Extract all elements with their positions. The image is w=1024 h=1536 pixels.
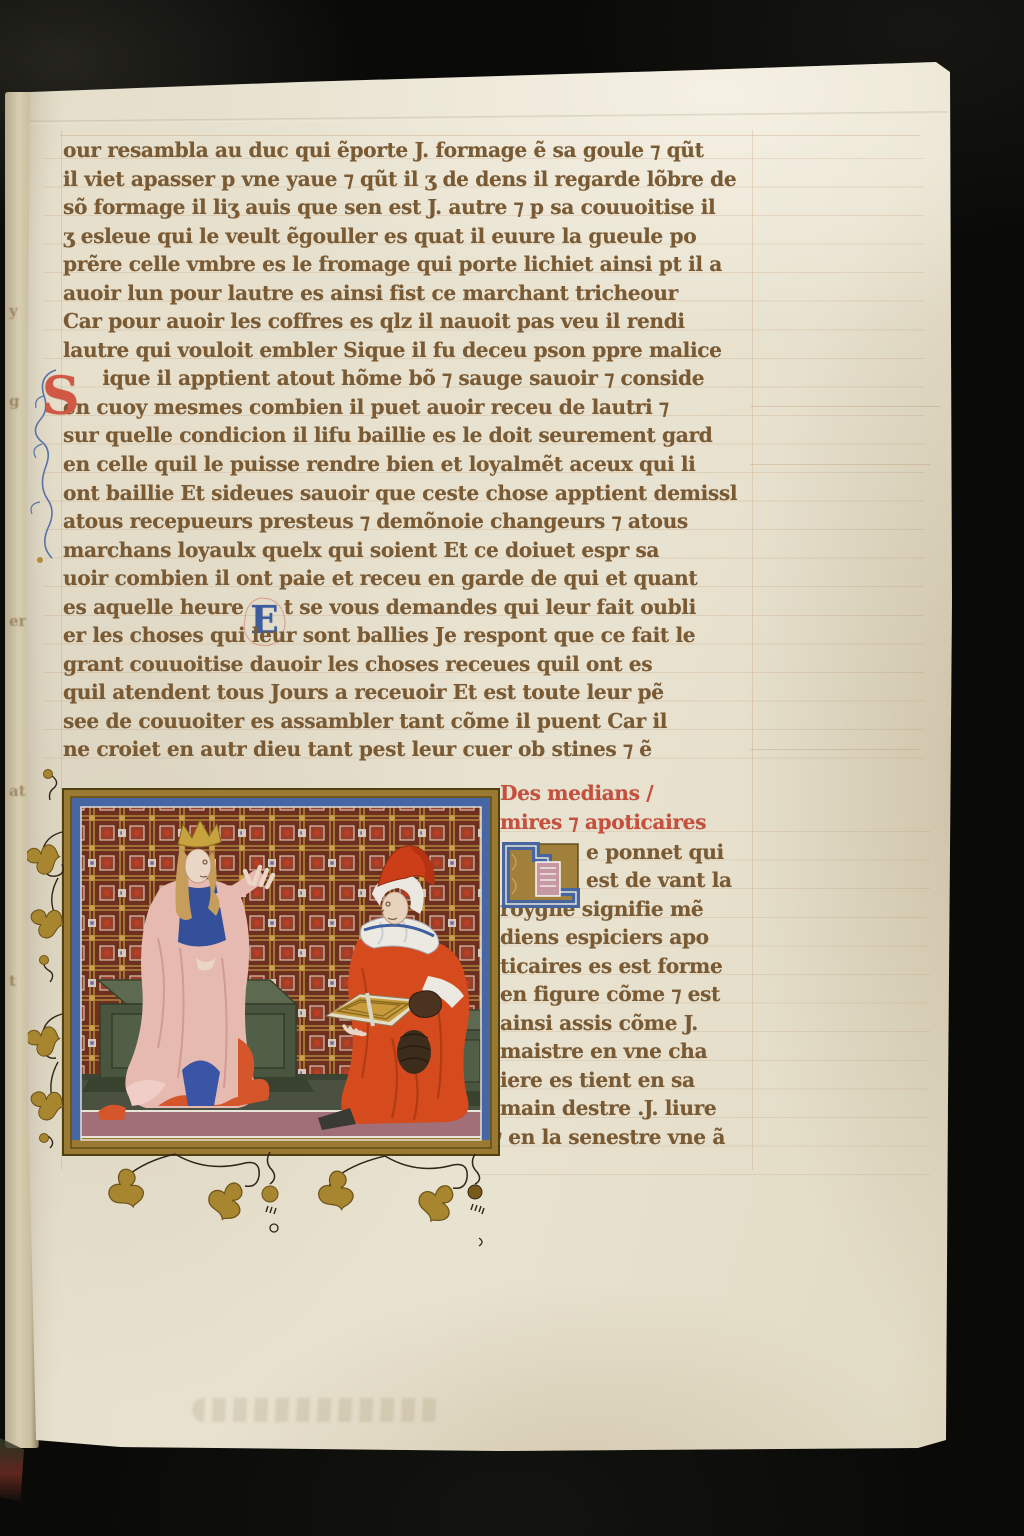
miniature-interior bbox=[81, 807, 498, 1138]
text-line: ont baillie Et sideues sauoir que ceste … bbox=[63, 479, 743, 508]
text-line: atous recepueurs presteus ⁊ demõnoie cha… bbox=[63, 507, 743, 536]
column-line: ainsi assis cõme J. bbox=[500, 1009, 698, 1037]
column-line: est de vant la bbox=[586, 866, 732, 894]
bleed-mark: g bbox=[9, 392, 20, 410]
text-line: grant couuoitise dauoir les choses receu… bbox=[63, 650, 743, 679]
red-paragraph-initial: S bbox=[42, 369, 80, 425]
text-line: see de couuoiter es assambler tant cõme … bbox=[63, 707, 743, 736]
ruling-line bbox=[750, 464, 930, 465]
text-line: quil atendent tous Jours a receuoir Et e… bbox=[63, 678, 743, 707]
bleed-mark: at bbox=[9, 782, 26, 800]
text-line: er les choses qui leur sont ballies Je r… bbox=[63, 621, 743, 650]
column-line: maistre en vne cha bbox=[500, 1037, 707, 1065]
column-line: iere es tient en sa bbox=[500, 1066, 695, 1094]
text-line: en celle quil le puisse rendre bien et l… bbox=[63, 450, 743, 479]
bottom-flourish-border bbox=[55, 1150, 525, 1268]
text-line: uoir combien il ont paie et receu en gar… bbox=[63, 564, 743, 593]
rubric-line: mires ⁊ apoticaires bbox=[500, 808, 706, 836]
text-line: ʒ esleue qui le veult ẽgouller es quat i… bbox=[63, 222, 743, 251]
ruling-line bbox=[750, 749, 920, 750]
text-line: Car pour auoir les coffres es qlz il nau… bbox=[63, 307, 743, 336]
text-before-initial: es aquelle heure bbox=[63, 595, 250, 619]
bleed-mark: t bbox=[9, 972, 16, 990]
dark-flask bbox=[409, 991, 441, 1018]
blue-skirt bbox=[182, 1060, 220, 1106]
blue-border-left bbox=[72, 798, 81, 1140]
text-after-initial: t se vous demandes qui leur fait oubli bbox=[284, 595, 696, 619]
illuminated-initial-L: L bbox=[502, 842, 582, 908]
text-line: lautre qui vouloit embler Sique il fu de… bbox=[63, 336, 743, 365]
blue-border-right bbox=[481, 798, 490, 1140]
queen-face bbox=[185, 849, 211, 883]
ruling-line bbox=[750, 406, 940, 407]
column-line: ticaires es est forme bbox=[500, 952, 722, 980]
vellum-page: our resambla au duc qui ẽporte J. formag… bbox=[0, 0, 1024, 1536]
main-text-block: our resambla au duc qui ẽporte J. formag… bbox=[63, 136, 753, 764]
miniature-painting bbox=[62, 788, 500, 1156]
text-line: prẽre celle vmbre es le fromage qui port… bbox=[63, 250, 743, 279]
column-line: ⁊ en la senestre vne ã bbox=[492, 1123, 725, 1151]
column-line: en figure cõme ⁊ est bbox=[500, 980, 720, 1008]
bleed-mark: er bbox=[9, 612, 26, 630]
text-line: il viet apasser p vne yaue ⁊ qũt il ʒ de… bbox=[63, 165, 743, 194]
text-line: sõ formage il liʒ auis que sen est J. au… bbox=[63, 193, 743, 222]
text-line: ne croiet en autr dieu tant pest leur cu… bbox=[63, 735, 743, 764]
text-line: auoir lun pour lautre es ainsi fist ce m… bbox=[63, 279, 743, 308]
manuscript-photo: y g er at t our resambla au duc qui ẽpor… bbox=[0, 0, 1024, 1536]
blue-border-top bbox=[72, 798, 490, 807]
column-line: diens espiciers apo bbox=[500, 923, 709, 951]
parchment-crease bbox=[30, 111, 948, 124]
rubric-line: Des medians / bbox=[500, 779, 653, 807]
text-line: marchans loyaulx quelx qui soient Et ce … bbox=[63, 536, 743, 565]
column-line: e ponnet qui bbox=[586, 838, 724, 866]
text-line: en cuoy mesmes combien il puet auoir rec… bbox=[63, 393, 743, 422]
bleed-mark: y bbox=[9, 302, 18, 320]
column-line: main destre .J. liure bbox=[500, 1094, 716, 1122]
text-line-with-initial: ique il apptient atout hõme bõ ⁊ sauge s… bbox=[63, 364, 743, 393]
text-line-with-inline-initial: es aquelle heure Et se vous demandes qui… bbox=[63, 593, 743, 622]
text-line: our resambla au duc qui ẽporte J. formag… bbox=[63, 136, 743, 165]
erased-inscription bbox=[192, 1398, 442, 1422]
orange-robe bbox=[341, 934, 469, 1124]
text-line: sur quelle condicion il lifu baillie es … bbox=[63, 421, 743, 450]
miniature-scene bbox=[62, 788, 500, 1156]
